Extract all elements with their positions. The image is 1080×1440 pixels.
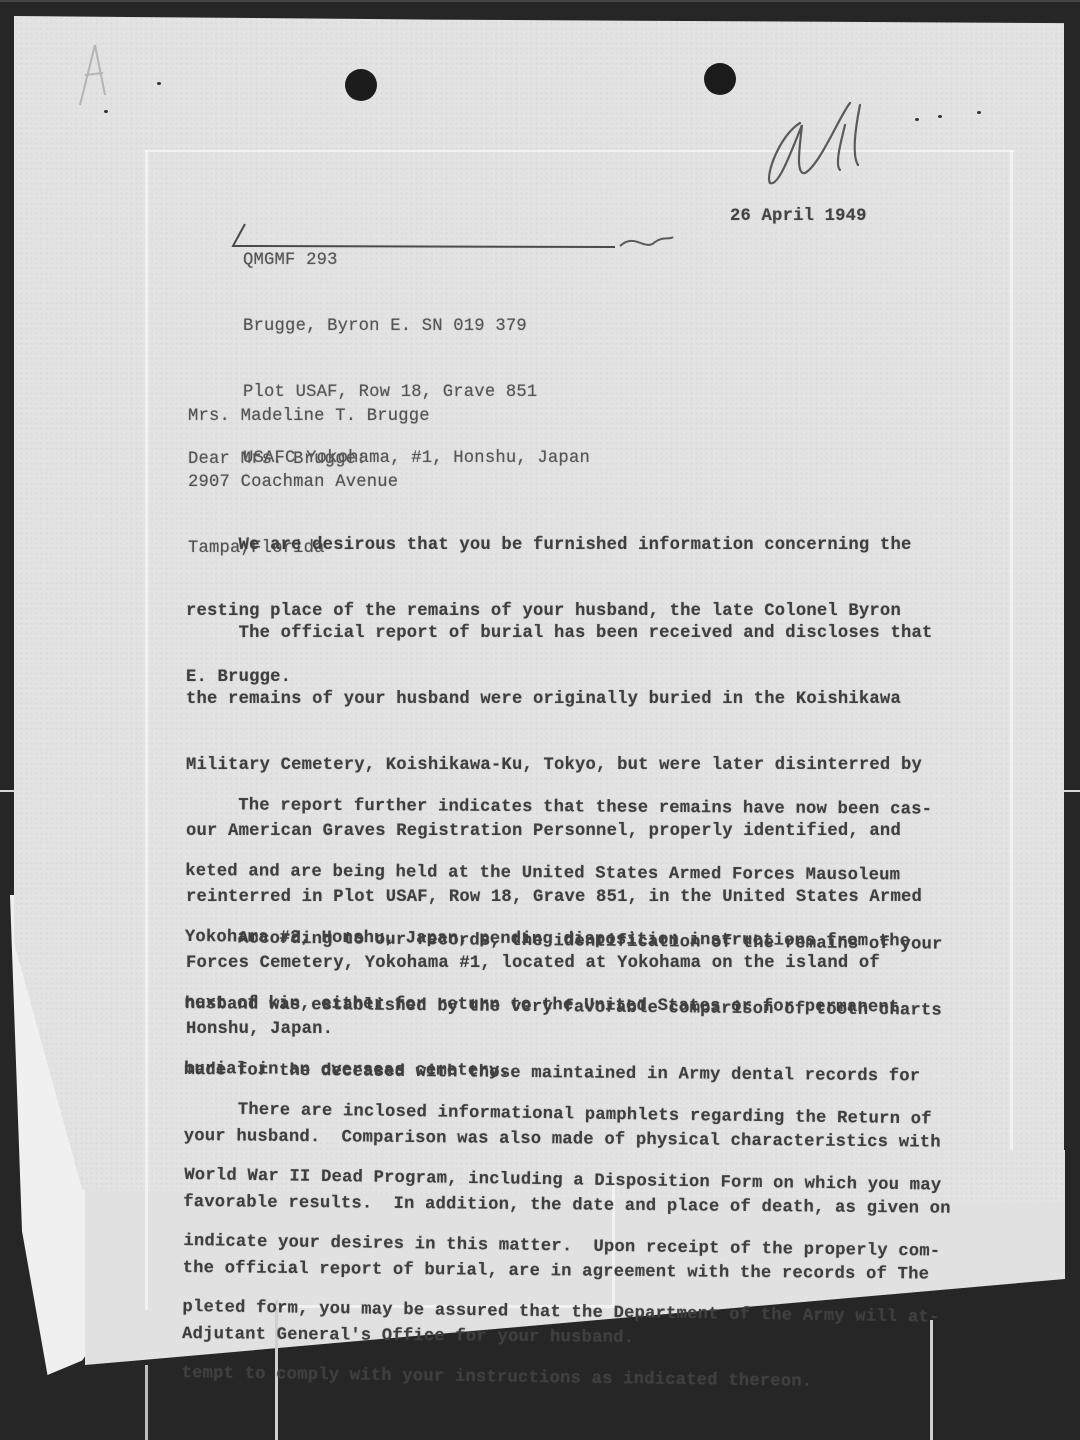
speck [157,82,161,85]
paragraph-line: The report further indicates that these … [186,795,933,822]
paragraph-line: World War II Dead Program, including a D… [184,1165,941,1198]
paragraph-line: According to our records, the identifica… [185,928,953,957]
punch-hole-right [704,63,736,95]
salutation: Dear Mrs. Brugge: [188,449,367,471]
reference-line: Brugge, Byron E. SN 019 379 [243,316,590,338]
punch-hole-left [345,69,377,101]
speck [915,118,919,121]
frame-line-top [0,0,1080,2]
reference-line: QMGMF 293 [243,250,590,272]
address-line: Mrs. Madeline T. Brugge [188,406,430,428]
fold-mark [145,1365,148,1440]
paragraph-line: the remains of your husband were origina… [186,689,933,711]
fold-mark [1010,150,1013,1150]
paragraph-line: keted and are being held at the United S… [185,861,932,888]
paragraph-line: There are inclosed informational pamphle… [185,1099,942,1132]
paragraph-line: We are desirous that you be furnished in… [186,535,911,557]
paragraph-line: husband was established by the very favo… [185,994,953,1023]
speck [938,115,942,118]
body-paragraph: There are inclosed informational pamphle… [181,1055,943,1418]
fold-mark [145,150,148,1310]
paragraph-line: indicate your desires in this matter. Up… [183,1231,940,1264]
pencil-mark [55,35,125,115]
frame-line-right [1064,790,1080,792]
frame-line-left [0,790,14,792]
paragraph-line: tempt to comply with your instructions a… [181,1363,938,1396]
paragraph-line: The official report of burial has been r… [186,623,933,645]
paragraph-line: pleted form, you may be assured that the… [182,1297,939,1330]
speck [977,111,981,114]
handwritten-annotation [760,95,900,195]
letter-date: 26 April 1949 [730,206,867,228]
